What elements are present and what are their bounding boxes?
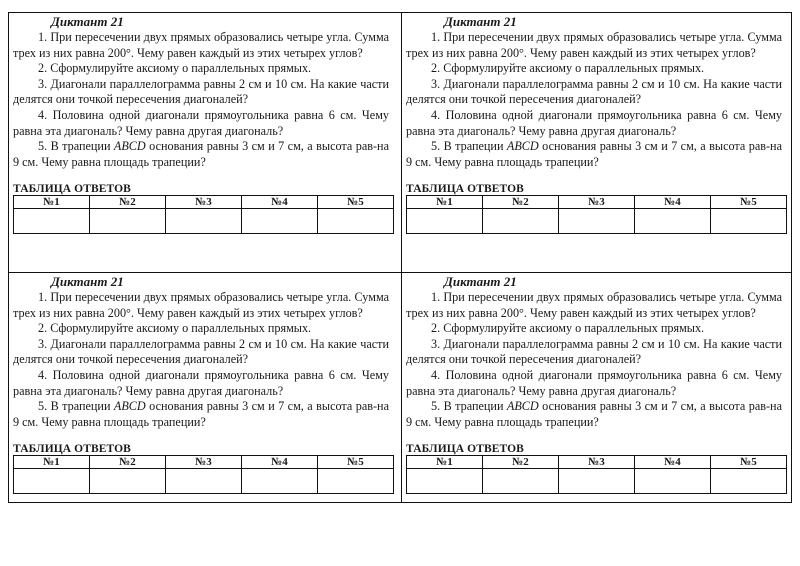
answer-cell[interactable]	[90, 469, 166, 494]
answer-cell[interactable]	[407, 469, 483, 494]
task-item: 1. При пересечении двух прямых образовал…	[406, 290, 786, 321]
answers-table-title: ТАБЛИЦА ОТВЕТОВ	[13, 443, 393, 455]
answer-cell[interactable]	[407, 209, 483, 234]
answer-cell[interactable]	[559, 469, 635, 494]
answer-cell[interactable]	[483, 469, 559, 494]
task-list: 1. При пересечении двух прямых образовал…	[406, 30, 786, 170]
answer-cell[interactable]	[711, 209, 787, 234]
task-text: 5. В трапеции	[431, 399, 507, 413]
answer-column-header: №5	[711, 456, 787, 469]
task-item: 3. Диагонали параллелограмма равны 2 см …	[13, 77, 393, 108]
answers-table: №1№2№3№4№5	[13, 195, 394, 234]
answer-column-header: №2	[90, 456, 166, 469]
answer-cell[interactable]	[635, 209, 711, 234]
answers-table-title: ТАБЛИЦА ОТВЕТОВ	[406, 443, 786, 455]
answer-cell[interactable]	[166, 209, 242, 234]
answers-table: №1№2№3№4№5	[406, 195, 787, 234]
task-item: 2. Сформулируйте аксиому о параллельных …	[13, 61, 393, 77]
answer-column-header: №2	[483, 196, 559, 209]
task-item: 2. Сформулируйте аксиому о параллельных …	[406, 321, 786, 337]
answer-column-header: №3	[559, 456, 635, 469]
task-item: 4. Половина одной диагонали прямоугольни…	[406, 108, 786, 139]
task-item: 2. Сформулируйте аксиому о параллельных …	[406, 61, 786, 77]
answer-column-header: №2	[90, 196, 166, 209]
answer-column-header: №3	[166, 196, 242, 209]
answers-header-row: №1№2№3№4№5	[407, 196, 787, 209]
answer-cell[interactable]	[14, 209, 90, 234]
trapezoid-name: ABCD	[114, 139, 146, 153]
trapezoid-name: ABCD	[507, 399, 539, 413]
answer-column-header: №4	[635, 456, 711, 469]
answer-column-header: №2	[483, 456, 559, 469]
task-item: 1. При пересечении двух прямых образовал…	[13, 290, 393, 321]
dictation-card: Диктант 21 1. При пересечении двух прямы…	[8, 272, 399, 494]
answer-column-header: №4	[242, 196, 318, 209]
answer-cell[interactable]	[635, 469, 711, 494]
task-item: 5. В трапеции ABCD основания равны 3 см …	[13, 399, 393, 430]
answer-cell[interactable]	[14, 469, 90, 494]
dictation-card: Диктант 21 1. При пересечении двух прямы…	[8, 12, 399, 234]
answer-column-header: №1	[14, 456, 90, 469]
dictation-card: Диктант 21 1. При пересечении двух прямы…	[401, 12, 792, 234]
answer-cell[interactable]	[711, 469, 787, 494]
answer-column-header: №1	[14, 196, 90, 209]
answer-column-header: №3	[559, 196, 635, 209]
trapezoid-name: ABCD	[114, 399, 146, 413]
answer-column-header: №1	[407, 456, 483, 469]
answer-column-header: №5	[318, 196, 394, 209]
task-item: 5. В трапеции ABCD основания равны 3 см …	[406, 139, 786, 170]
answers-table-title: ТАБЛИЦА ОТВЕТОВ	[406, 183, 786, 195]
task-item: 4. Половина одной диагонали прямоугольни…	[13, 368, 393, 399]
answers-header-row: №1№2№3№4№5	[14, 456, 394, 469]
task-item: 3. Диагонали параллелограмма равны 2 см …	[406, 77, 786, 108]
answer-column-header: №1	[407, 196, 483, 209]
task-item: 4. Половина одной диагонали прямоугольни…	[406, 368, 786, 399]
answer-column-header: №3	[166, 456, 242, 469]
task-item: 1. При пересечении двух прямых образовал…	[13, 30, 393, 61]
answers-table-title: ТАБЛИЦА ОТВЕТОВ	[13, 183, 393, 195]
task-text: 5. В трапеции	[38, 139, 114, 153]
answers-row	[14, 469, 394, 494]
dictation-title: Диктант 21	[444, 14, 786, 30]
task-item: 3. Диагонали параллелограмма равны 2 см …	[13, 337, 393, 368]
answers-header-row: №1№2№3№4№5	[407, 456, 787, 469]
task-list: 1. При пересечении двух прямых образовал…	[406, 290, 786, 430]
task-item: 5. В трапеции ABCD основания равны 3 см …	[13, 139, 393, 170]
answers-table: №1№2№3№4№5	[406, 455, 787, 494]
answer-cell[interactable]	[318, 209, 394, 234]
answer-cell[interactable]	[242, 209, 318, 234]
task-text: 5. В трапеции	[38, 399, 114, 413]
answer-cell[interactable]	[483, 209, 559, 234]
dictation-title: Диктант 21	[444, 274, 786, 290]
task-list: 1. При пересечении двух прямых образовал…	[13, 290, 393, 430]
answer-cell[interactable]	[559, 209, 635, 234]
task-text: 5. В трапеции	[431, 139, 507, 153]
cards-layer: Диктант 21 1. При пересечении двух прямы…	[8, 12, 792, 503]
trapezoid-name: ABCD	[507, 139, 539, 153]
answer-column-header: №4	[635, 196, 711, 209]
dictation-title: Диктант 21	[51, 274, 393, 290]
answer-cell[interactable]	[90, 209, 166, 234]
task-item: 3. Диагонали параллелограмма равны 2 см …	[406, 337, 786, 368]
answer-column-header: №4	[242, 456, 318, 469]
answers-header-row: №1№2№3№4№5	[14, 196, 394, 209]
task-item: 5. В трапеции ABCD основания равны 3 см …	[406, 399, 786, 430]
task-item: 4. Половина одной диагонали прямоугольни…	[13, 108, 393, 139]
task-item: 2. Сформулируйте аксиому о параллельных …	[13, 321, 393, 337]
answer-cell[interactable]	[242, 469, 318, 494]
task-item: 1. При пересечении двух прямых образовал…	[406, 30, 786, 61]
task-list: 1. При пересечении двух прямых образовал…	[13, 30, 393, 170]
answer-cell[interactable]	[166, 469, 242, 494]
answers-table: №1№2№3№4№5	[13, 455, 394, 494]
answers-row	[407, 209, 787, 234]
answer-cell[interactable]	[318, 469, 394, 494]
answer-column-header: №5	[318, 456, 394, 469]
dictation-title: Диктант 21	[51, 14, 393, 30]
answers-row	[407, 469, 787, 494]
dictation-card: Диктант 21 1. При пересечении двух прямы…	[401, 272, 792, 494]
answers-row	[14, 209, 394, 234]
answer-column-header: №5	[711, 196, 787, 209]
